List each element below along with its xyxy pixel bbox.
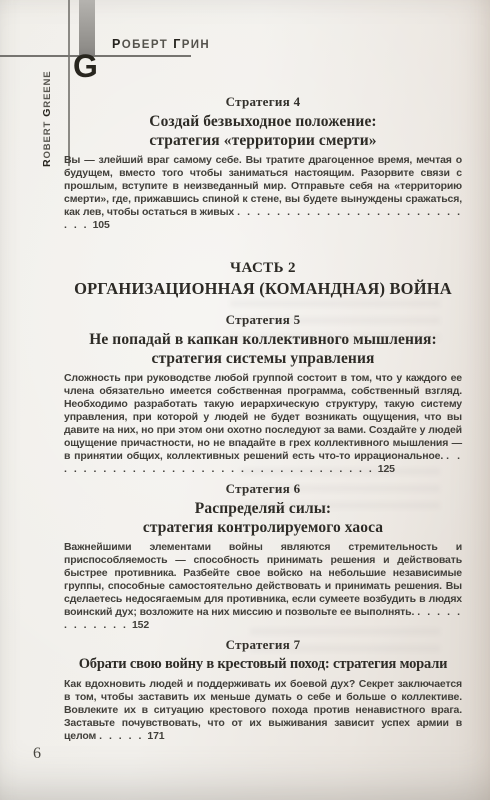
strategy-title-line: Обрати свою войну в крестовый поход: стр…	[64, 655, 462, 674]
summary-text: Важнейшими элементами войны являются стр…	[64, 541, 462, 618]
page-ref: 171	[147, 730, 164, 742]
table-of-contents: Стратегия 4 Создай безвыходное положение…	[64, 88, 462, 743]
strategy-title-line: стратегия контролируемого хаоса	[64, 518, 462, 537]
strategy-summary: Важнейшими элементами войны являются стр…	[64, 541, 462, 632]
page-ref: 152	[132, 619, 149, 631]
author-name-russian: РОБЕРТГРИН	[112, 37, 210, 51]
strategy-title: Обрати свою войну в крестовый поход: стр…	[64, 655, 462, 674]
author-initial: G	[41, 108, 53, 117]
author-name-part: OBERT	[42, 121, 53, 159]
strategy-label: Стратегия 5	[64, 312, 462, 327]
publisher-g-logo: G	[73, 51, 98, 82]
strategy-summary: Вы — злейший враг самому себе. Вы тратит…	[64, 154, 462, 232]
strategy-title: Не попадай в капкан коллективного мышлен…	[64, 330, 462, 368]
author-initial: R	[41, 159, 53, 167]
author-name-part: РИН	[182, 39, 210, 51]
author-name-part: REENE	[42, 70, 53, 107]
page-ref: 125	[378, 463, 395, 475]
strategy-label: Стратегия 7	[64, 637, 462, 652]
strategy-title: Распределяй силы: стратегия контролируем…	[64, 499, 462, 537]
author-initial: Г	[173, 37, 182, 51]
strategy-title-line: Не попадай в капкан коллективного мышлен…	[64, 330, 462, 349]
part-label: ЧАСТЬ 2	[64, 260, 462, 277]
brand-bar	[79, 0, 95, 55]
summary-text: Сложность при руководстве любой группой …	[64, 372, 462, 462]
page-ref: 105	[93, 219, 110, 231]
strategy-title-line: Создай безвыходное положение:	[64, 112, 462, 131]
author-name-part: ОБЕРТ	[122, 39, 168, 51]
strategy-title-line: стратегия «территории смерти»	[64, 131, 462, 150]
strategy-summary: Как вдохновить людей и поддерживать их б…	[64, 678, 462, 743]
leader-dots: . . . . .	[99, 730, 143, 742]
toc-entry-strategy-7: Стратегия 7 Обрати свою войну в крестовы…	[64, 637, 462, 743]
toc-entry-strategy-6: Стратегия 6 Распределяй силы: стратегия …	[64, 481, 462, 632]
part-title: ОРГАНИЗАЦИОННАЯ (КОМАНДНАЯ) ВОЙНА	[64, 279, 462, 299]
toc-part-divider: ЧАСТЬ 2 ОРГАНИЗАЦИОННАЯ (КОМАНДНАЯ) ВОЙН…	[64, 260, 462, 299]
toc-entry-strategy-5: Стратегия 5 Не попадай в капкан коллекти…	[64, 312, 462, 476]
strategy-title: Создай безвыходное положение: стратегия …	[64, 112, 462, 150]
strategy-title-line: стратегия системы управления	[64, 349, 462, 368]
strategy-summary: Сложность при руководстве любой группой …	[64, 372, 462, 476]
folio-page-number: 6	[33, 745, 41, 763]
strategy-label: Стратегия 4	[64, 94, 462, 109]
author-name-latin-vertical: ROBERTGREENE	[41, 70, 53, 167]
strategy-label: Стратегия 6	[64, 481, 462, 496]
strategy-title-line: Распределяй силы:	[64, 499, 462, 518]
toc-entry-strategy-4: Стратегия 4 Создай безвыходное положение…	[64, 94, 462, 232]
author-initial: Р	[112, 37, 122, 51]
